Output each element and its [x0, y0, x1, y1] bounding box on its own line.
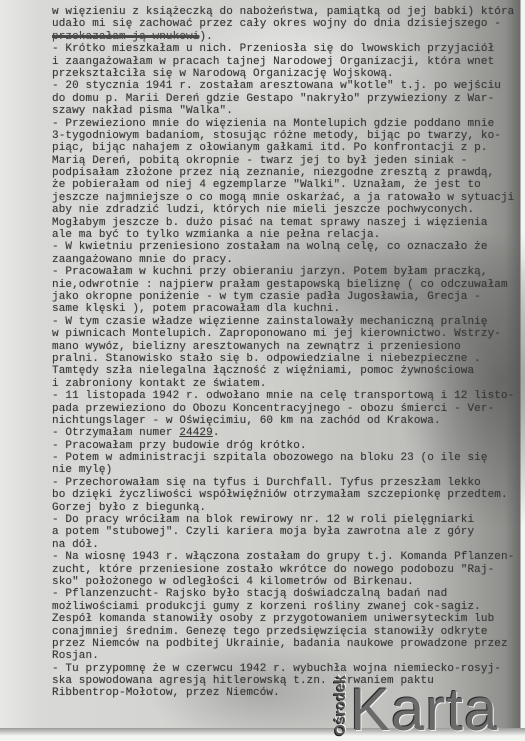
text-line: same klęski ), potem pracowałam dla kuch… [52, 303, 510, 315]
text-line: - 11 listopada 1942 r. odwołano mnie na … [52, 390, 510, 402]
text-line: conajmniej średnim. Genezę tego przedsię… [52, 626, 510, 638]
text-line: - Potem w administracji szpitala obozowe… [52, 452, 510, 464]
text-line: na dół. [52, 539, 510, 551]
text-line: mano wywóz, bielizny aresztowanych na ze… [52, 341, 510, 353]
text-line: - 20 stycznia 1941 r. zostałam aresztowa… [52, 80, 510, 92]
text-line: - Otrzymałam numer 24429. [52, 427, 510, 439]
text-line: zucht, które przeniesione zostało wkrótc… [52, 564, 510, 576]
text-line: Zespół komanda stanowiły osoby z przygot… [52, 613, 510, 625]
text-line: w więzieniu z książeczką do nabożeństwa,… [52, 6, 510, 18]
text-line: ale ma być to tylko wzmianka a nie pełna… [52, 229, 510, 241]
watermark-big-text: Karta [350, 684, 498, 736]
text-line: - W tym czasie władze więzienne zainstal… [52, 316, 510, 328]
text-line: przekazałam ją wnukowi). [52, 31, 510, 43]
text-line: bo dzięki życzliwości współwięźniów otrz… [52, 489, 510, 501]
text-line: a potem "stubowej". Czyli kariera moja b… [52, 526, 510, 538]
text-line: 3-tygodniowym badaniom, stosując różne m… [52, 130, 510, 142]
text-line: jeszcze najmniejsze o co mogą mnie oskar… [52, 192, 510, 204]
text-line: nichtungslager - w Oświęcimiu, 60 km na … [52, 415, 510, 427]
text-line: piąc, bijąc nahajem z ołowianym gałkami … [52, 142, 510, 154]
text-line: udało mi się zachować przez cały okres w… [52, 18, 510, 30]
text-line: w piwnicach Montelupich. Zaproponowano m… [52, 328, 510, 340]
struck-through-text: przekazałam ją wnukowi [52, 31, 199, 43]
text-line: przez Niemców na podbitej Ukrainie, bada… [52, 638, 510, 650]
text-line: Marią Dereń, pobitą okropnie - twarz jej… [52, 155, 510, 167]
typewritten-text-body: w więzieniu z książeczką do nabożeństwa,… [52, 6, 510, 700]
text-line: - Tu przypomnę że w czerwcu 1942 r. wybu… [52, 663, 510, 675]
text-line: sko" położonego w odległości 4 kilometró… [52, 576, 510, 588]
text-line: aby nie zdradzić ludzi, których nie miel… [52, 204, 510, 216]
text-line: - Pracowałam przy budowie dróg krótko. [52, 440, 510, 452]
text-line: i zaangażowałam w pracach tajnej Narodow… [52, 56, 510, 68]
text-line: Tamtędy szła nielegalna łączność z więźn… [52, 365, 510, 377]
text-line: podpisałam złożone przez nią zeznanie, n… [52, 167, 510, 179]
text-line: Mogłabym jeszcze b. dużo pisać na temat … [52, 217, 510, 229]
text-line: - Przechorowałam się na tyfus i Durchfal… [52, 477, 510, 489]
text-line: - Pflanzenzucht- Rajsko było stacją dośw… [52, 588, 510, 600]
text-line: - Na wiosnę 1943 r. włączona zostałam do… [52, 551, 510, 563]
prisoner-number: 24429 [179, 427, 213, 439]
text-line: Gorzej było z biegunką. [52, 502, 510, 514]
text-line: możliwościami produkcji gumy z korzeni r… [52, 601, 510, 613]
text-line: Rosjan. [52, 650, 510, 662]
text-line: - Do pracy wróciłam na blok rewirowy nr.… [52, 514, 510, 526]
text-line: przekształciła się w Narodową Organizacj… [52, 68, 510, 80]
text-line: do domu p. Marii Dereń gdzie Gestapo "na… [52, 93, 510, 105]
text-line: nie,odwrotnie : najpierw prałam gestapow… [52, 279, 510, 291]
text-line: - Przewieziono mnie do więzienia na Mont… [52, 118, 510, 130]
text-line: że pobierałam od niej 4 egzemplarze "Wal… [52, 179, 510, 191]
text-line: pada przewieziono do Obozu Koncentracyjn… [52, 403, 510, 415]
text-line: zaangażowano mnie do pracy. [52, 254, 510, 266]
text-line: - W kwietniu przeniesiono zostałam na wo… [52, 241, 510, 253]
text-line: pralni. Stanowisko stało się b. odpowied… [52, 353, 510, 365]
text-line: nie mylę) [52, 464, 510, 476]
osrodek-karta-watermark: Ośrodek Karta [333, 684, 523, 736]
text-line: jako okropne poniżenie - w tym czasie pa… [52, 291, 510, 303]
text-line: i zabroniony kontakt ze światem. [52, 378, 510, 390]
text-line: - Krótko mieszkałam u nich. Przeniosła s… [52, 43, 510, 55]
text-line: szawy nakład pisma "Walka". [52, 105, 510, 117]
text-line: - Pracowałam w kuchni przy obieraniu jar… [52, 266, 510, 278]
watermark-small-text: Ośrodek [333, 675, 348, 736]
